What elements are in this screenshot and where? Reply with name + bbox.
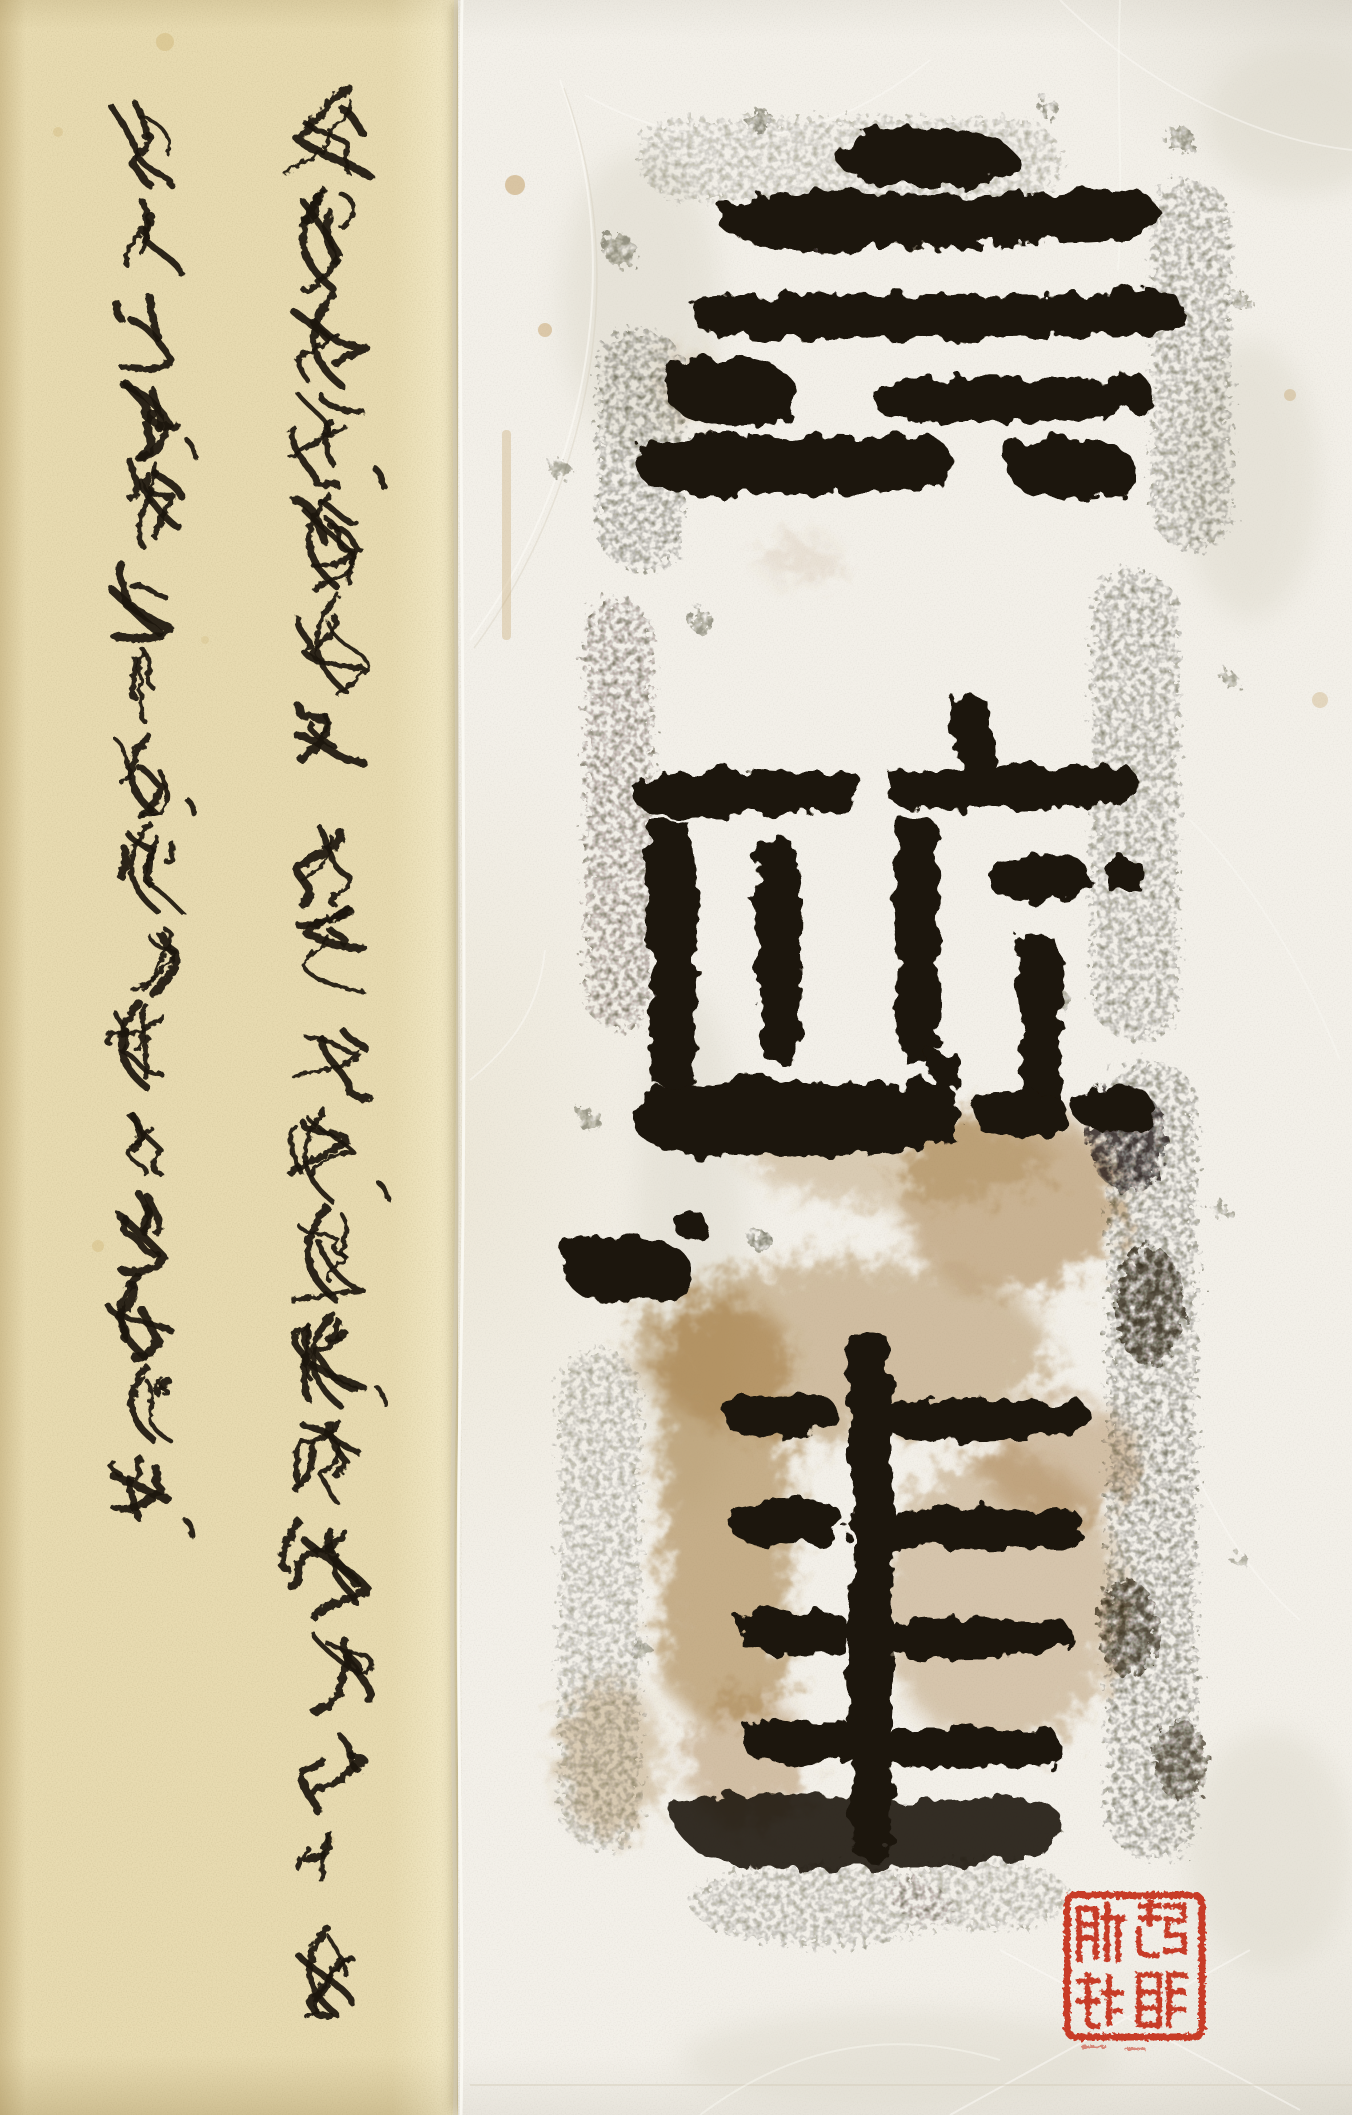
colophon-text-right-column: 漢元初甎、文曰元初六年作、反文、合搨周氏鳳皇: [288, 88, 518, 2068]
rubbing-paper: [458, 0, 1352, 2115]
artwork-scan: 漢元初甎、文曰元初六年作、反文、合搨周氏鳳皇 專齋所藏、乙巳秋日、良人以此搨本見…: [0, 0, 1352, 2115]
colophon-text-left-column: 專齋所藏、乙巳秋日、良人以此搨本見惠、: [112, 105, 320, 1605]
